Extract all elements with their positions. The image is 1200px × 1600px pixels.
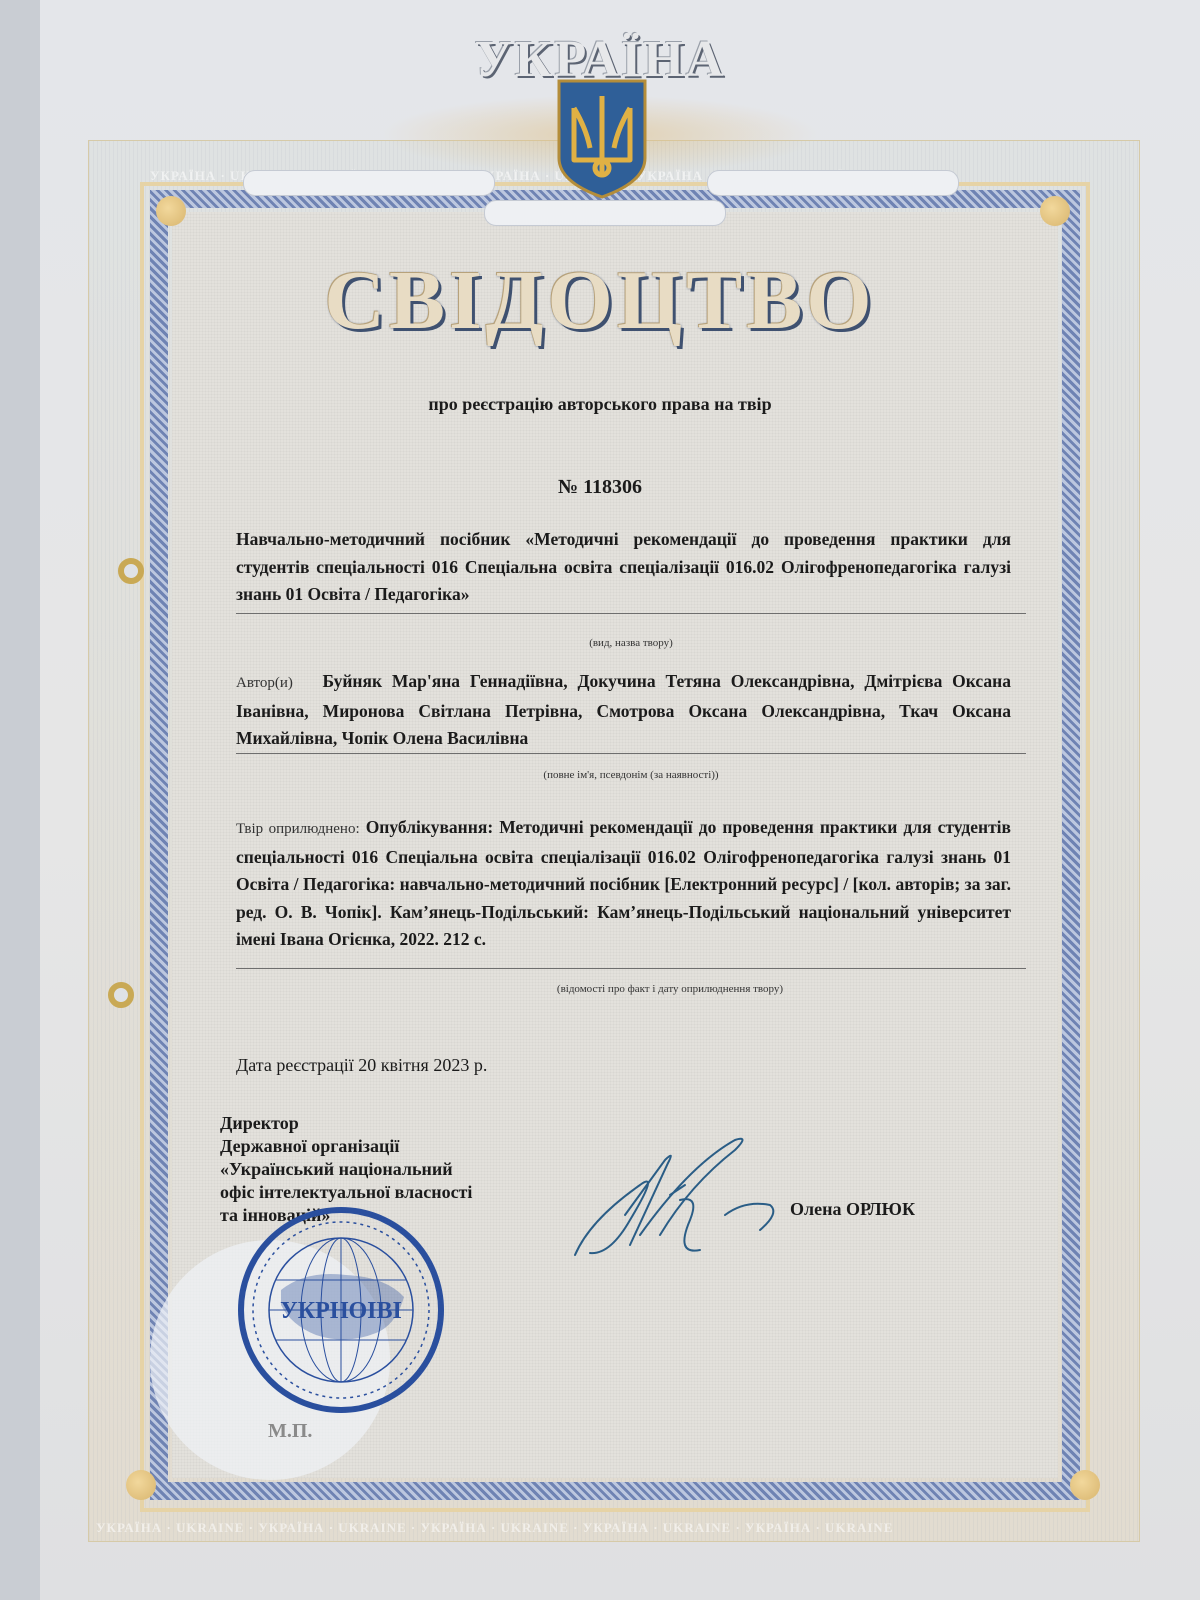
publication-caption: (відомості про факт і дату оприлюднення … xyxy=(420,983,920,995)
divider-line xyxy=(236,968,1026,969)
divider-line xyxy=(236,753,1026,754)
signatory-name: Олена ОРЛЮК xyxy=(790,1199,915,1220)
banner-plate-left xyxy=(243,170,495,196)
authors-caption: (повне ім'я, псевдонім (за наявності)) xyxy=(236,769,1026,781)
trident-coat-of-arms-icon xyxy=(556,78,648,200)
corner-ornament xyxy=(1070,1470,1100,1500)
authors-value: Буйняк Мар'яна Геннадіївна, Докучина Тет… xyxy=(236,671,1011,748)
seal-place-label: М.П. xyxy=(268,1420,312,1443)
official-stamp: УКРНОІВІ xyxy=(236,1205,446,1415)
corner-ornament xyxy=(126,1470,156,1500)
divider-line xyxy=(236,613,1026,614)
registration-date: Дата реєстрації 20 квітня 2023 р. xyxy=(236,1055,487,1076)
publication-label: Твір оприлюднено: xyxy=(236,821,360,837)
handwritten-signature-icon xyxy=(570,1125,800,1265)
binding-grommet xyxy=(108,982,134,1008)
certificate-number: № 118306 xyxy=(0,476,1200,499)
position-line: офіс інтелектуальної власності xyxy=(220,1181,472,1204)
banner-plate-right xyxy=(707,170,959,196)
binding-grommet xyxy=(118,558,144,584)
position-line: Директор xyxy=(220,1112,472,1135)
authors-field: Автор(и) Буйняк Мар'яна Геннадіївна, Док… xyxy=(236,668,1011,753)
corner-ornament xyxy=(1040,196,1070,226)
banner-plate-center xyxy=(484,200,726,226)
authors-label: Автор(и) xyxy=(236,675,293,691)
document-title: СВІДОЦТВО xyxy=(0,252,1200,349)
publication-field: Твір оприлюднено: Опублікування: Методич… xyxy=(236,814,1011,954)
work-title-caption: (вид, назва твору) xyxy=(236,637,1026,649)
position-line: «Український національний xyxy=(220,1158,472,1181)
security-border-text-bottom: УКРАЇНА · UKRAINE · УКРАЇНА · UKRAINE · … xyxy=(96,1520,893,1536)
document-subtitle: про реєстрацію авторського права на твір xyxy=(0,394,1200,415)
stamp-center-text: УКРНОІВІ xyxy=(280,1298,402,1324)
position-line: Державної організації xyxy=(220,1135,472,1158)
corner-ornament xyxy=(156,196,186,226)
work-title: Навчально-методичний посібник «Методичні… xyxy=(236,526,1011,609)
